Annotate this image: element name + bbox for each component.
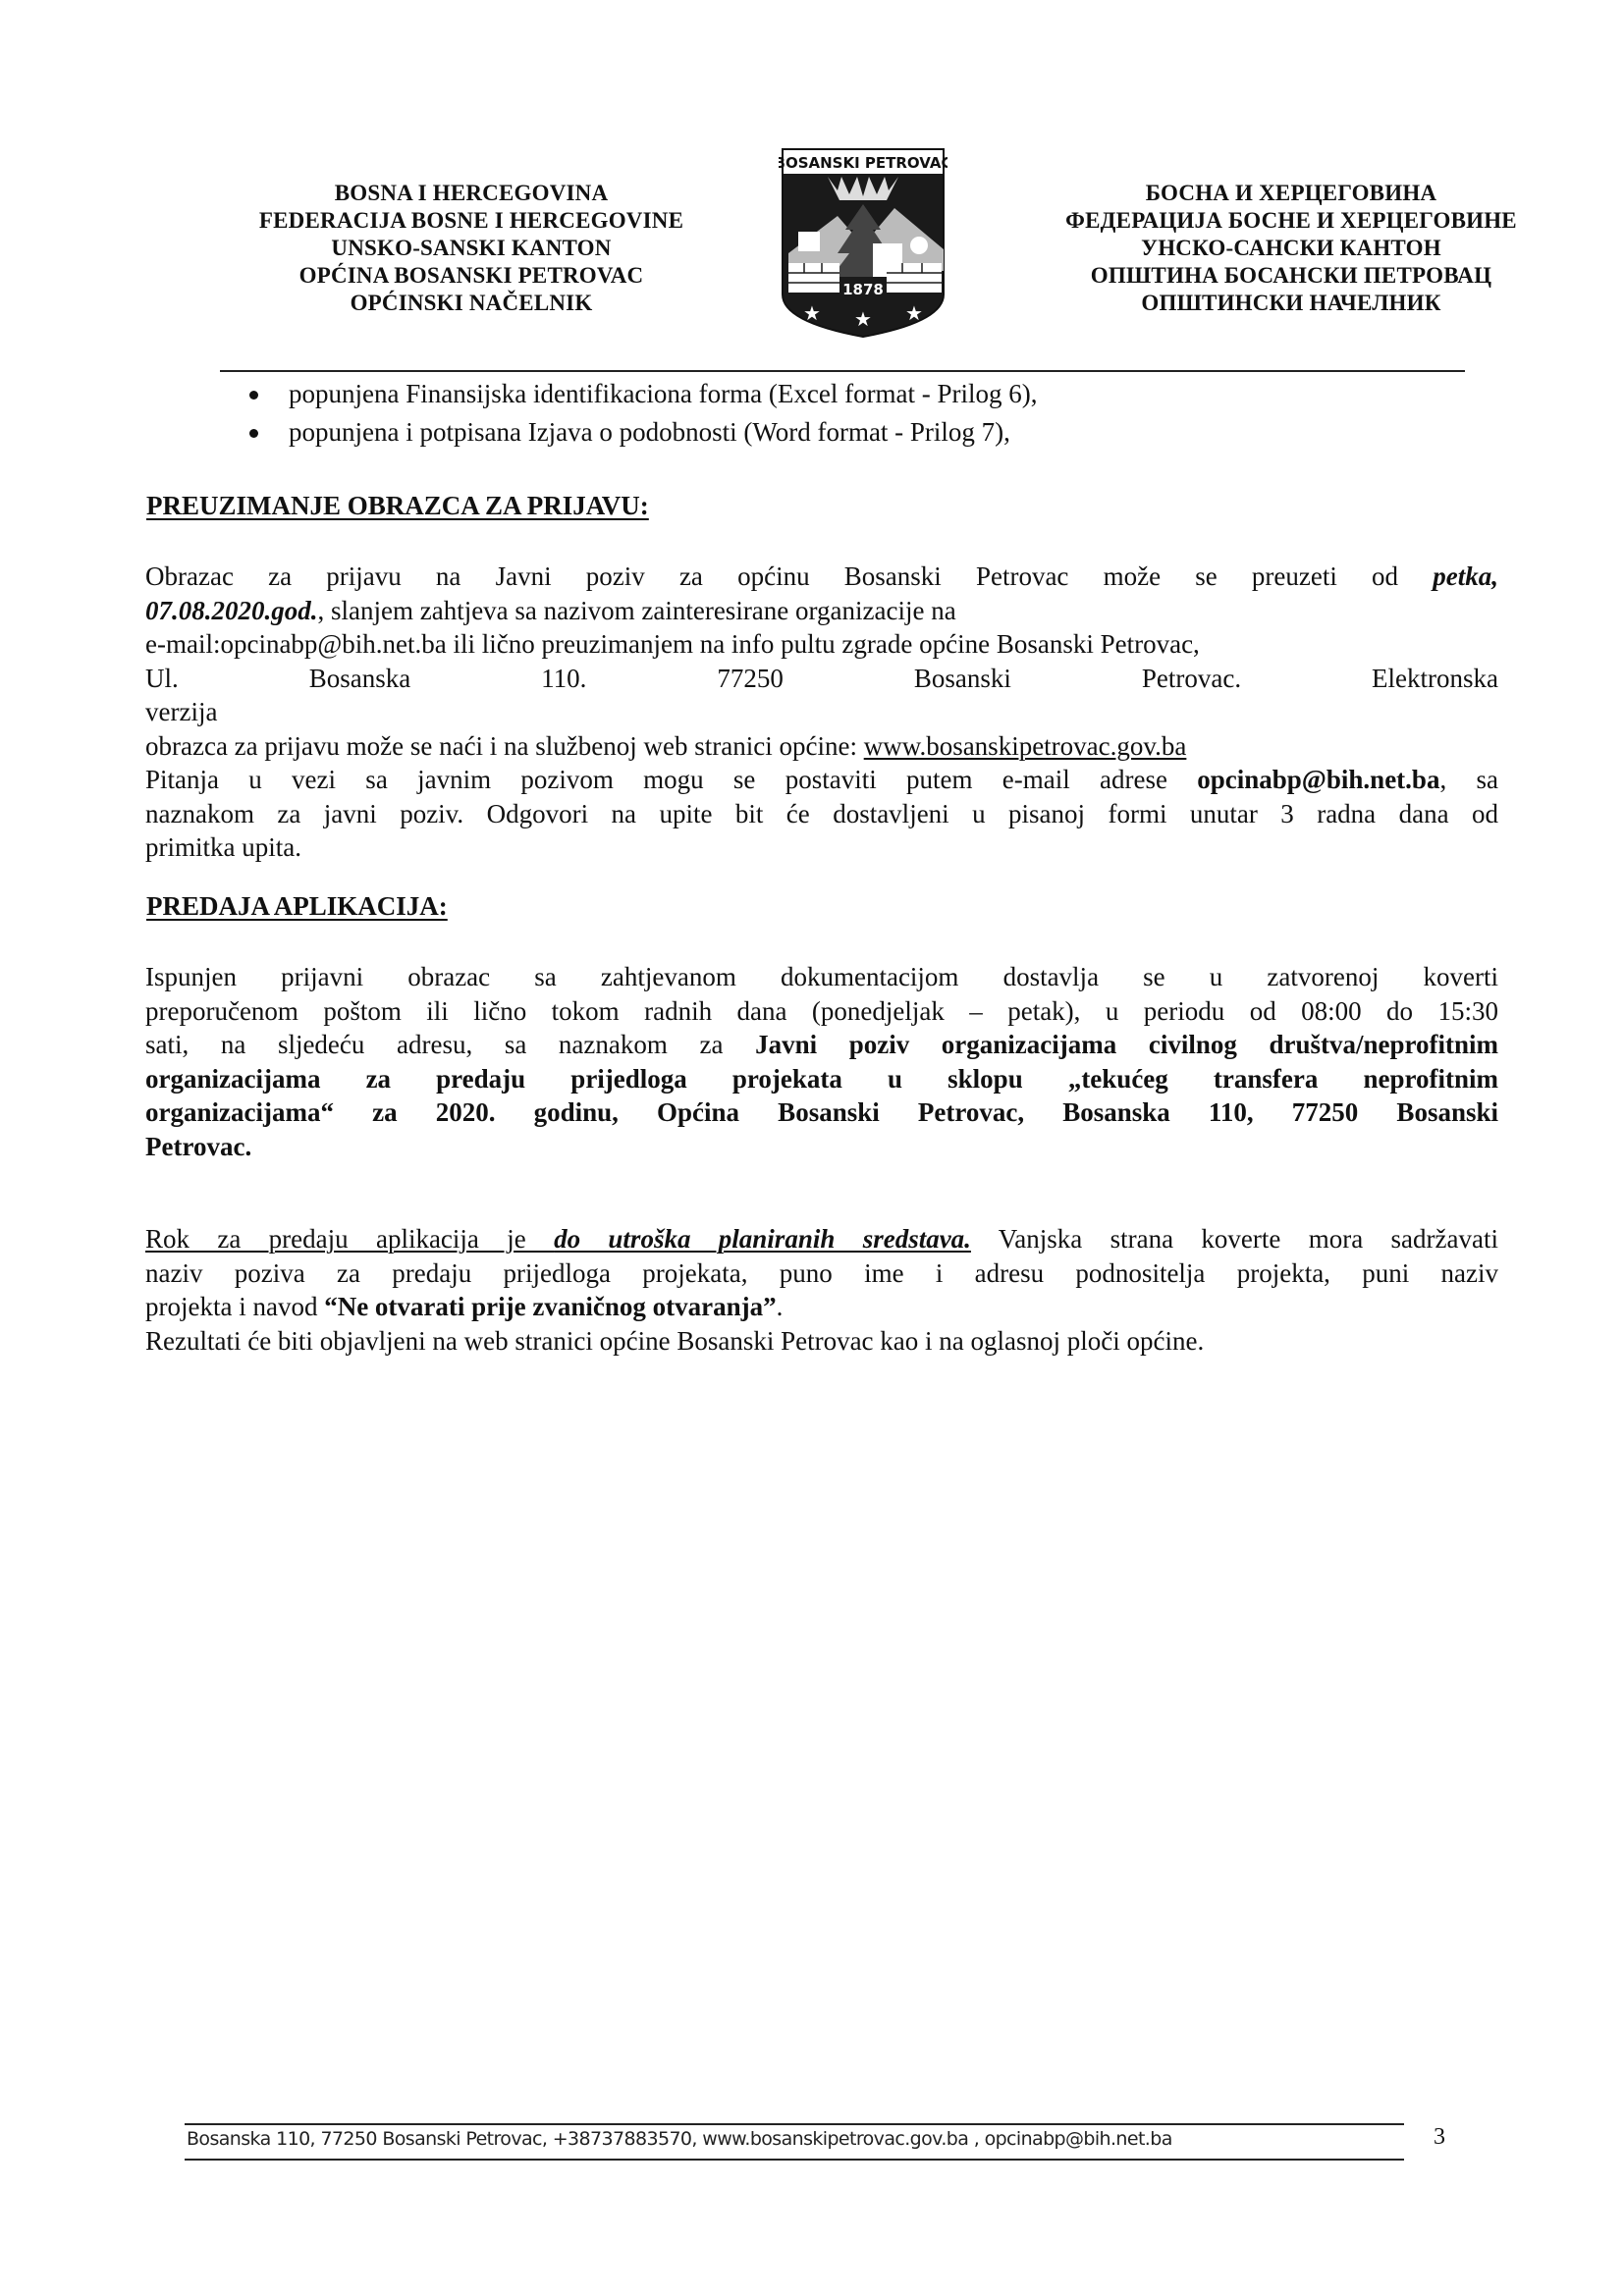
text-line: projekta i navod “Ne otvarati prije zvan… [145,1290,1498,1324]
svg-text:1878: 1878 [842,281,884,298]
svg-text:★: ★ [905,301,923,325]
text-line: naznakom za javni poziv. Odgovori na upi… [145,797,1498,831]
svg-text:BOSANSKI PETROVAC: BOSANSKI PETROVAC [779,154,947,172]
section-heading-submit: PREDAJA APLIKACIJA: [146,891,448,922]
text-line: primitka upita. [145,830,1498,865]
footer-contact: Bosanska 110, 77250 Bosanski Petrovac, +… [187,2128,1172,2150]
header-line: ОПШТИНА БОСАНСКИ ПЕТРОВАЦ [1011,262,1571,290]
footer-divider-top [185,2123,1404,2125]
header-line: БОСНА И ХЕРЦЕГОВИНА [1011,180,1571,207]
text-line: Petrovac. [145,1130,1498,1164]
header-line: ОПШТИНСКИ НАЧЕЛНИК [1011,290,1571,317]
text-line: e-mail:opcinabp@bih.net.ba ili lično pre… [145,627,1498,662]
list-item: popunjena Finansijska identifikaciona fo… [245,375,1522,413]
text-line: Ispunjen prijavni obrazac sa zahtjevanom… [145,960,1498,994]
header-cyrillic: БОСНА И ХЕРЦЕГОВИНА ФЕДЕРАЦИЈА БОСНЕ И Х… [1011,180,1571,317]
page-number: 3 [1434,2124,1445,2151]
header-line: FEDERACIJA BOSNE I HERCEGOVINE [196,207,746,235]
text-line: organizacijama“ za 2020. godinu, Općina … [145,1095,1498,1130]
section-heading-download: PREUZIMANJE OBRAZCA ZA PRIJAVU: [146,491,649,521]
header-line: UNSKO-SANSKI KANTON [196,235,746,262]
text-line: preporučenom poštom ili lično tokom radn… [145,994,1498,1029]
list-item-text: popunjena i potpisana Izjava o podobnost… [289,417,1010,447]
coat-of-arms-icon: BOSANSKI PETROVAC 1878 ★★★ [779,147,947,339]
text-line: Rezultati će biti objavljeni na web stra… [145,1324,1498,1359]
website-link[interactable]: www.bosanskipetrovac.gov.ba [864,731,1187,761]
text-line: Pitanja u vezi sa javnim pozivom mogu se… [145,763,1498,797]
email-link[interactable]: opcinabp@bih.net.ba [1197,765,1439,794]
list-item-text: popunjena Finansijska identifikaciona fo… [289,379,1038,408]
list-item: popunjena i potpisana Izjava o podobnost… [245,413,1522,452]
svg-text:★: ★ [803,301,821,325]
submit-paragraph: Ispunjen prijavni obrazac sa zahtjevanom… [145,960,1498,1163]
text-line: Obrazac za prijavu na Javni poziv za opć… [145,560,1498,594]
bullet-icon [249,429,258,438]
bullet-icon [249,391,258,400]
header-line: BOSNA I HERCEGOVINA [196,180,746,207]
requirements-list: popunjena Finansijska identifikaciona fo… [245,375,1522,452]
header-line: ФЕДЕРАЦИЈА БОСНЕ И ХЕРЦЕГОВИНЕ [1011,207,1571,235]
svg-text:★: ★ [854,307,872,331]
footer-divider-bottom [185,2159,1404,2161]
text-line: obrazca za prijavu može se naći i na slu… [145,729,1498,764]
text-line: Ul. Bosanska 110. 77250 Bosanski Petrova… [145,662,1498,729]
header-line: УНСКО-САНСКИ КАНТОН [1011,235,1571,262]
text-line: sati, na sljedeću adresu, sa naznakom za… [145,1028,1498,1062]
text-line: Rok za predaju aplikacija je do utroška … [145,1222,1498,1256]
header-line: OPĆINSKI NAČELNIK [196,290,746,317]
header-divider [220,370,1465,372]
download-paragraph: Obrazac za prijavu na Javni poziv za opć… [145,560,1498,865]
text-line: naziv poziva za predaju prijedloga proje… [145,1256,1498,1291]
header-line: OPĆINA BOSANSKI PETROVAC [196,262,746,290]
deadline-paragraph: Rok za predaju aplikacija je do utroška … [145,1222,1498,1358]
text-line: 07.08.2020.god., slanjem zahtjeva sa naz… [145,594,1498,628]
header-latin: BOSNA I HERCEGOVINA FEDERACIJA BOSNE I H… [196,180,746,317]
text-line: organizacijama za predaju prijedloga pro… [145,1062,1498,1096]
